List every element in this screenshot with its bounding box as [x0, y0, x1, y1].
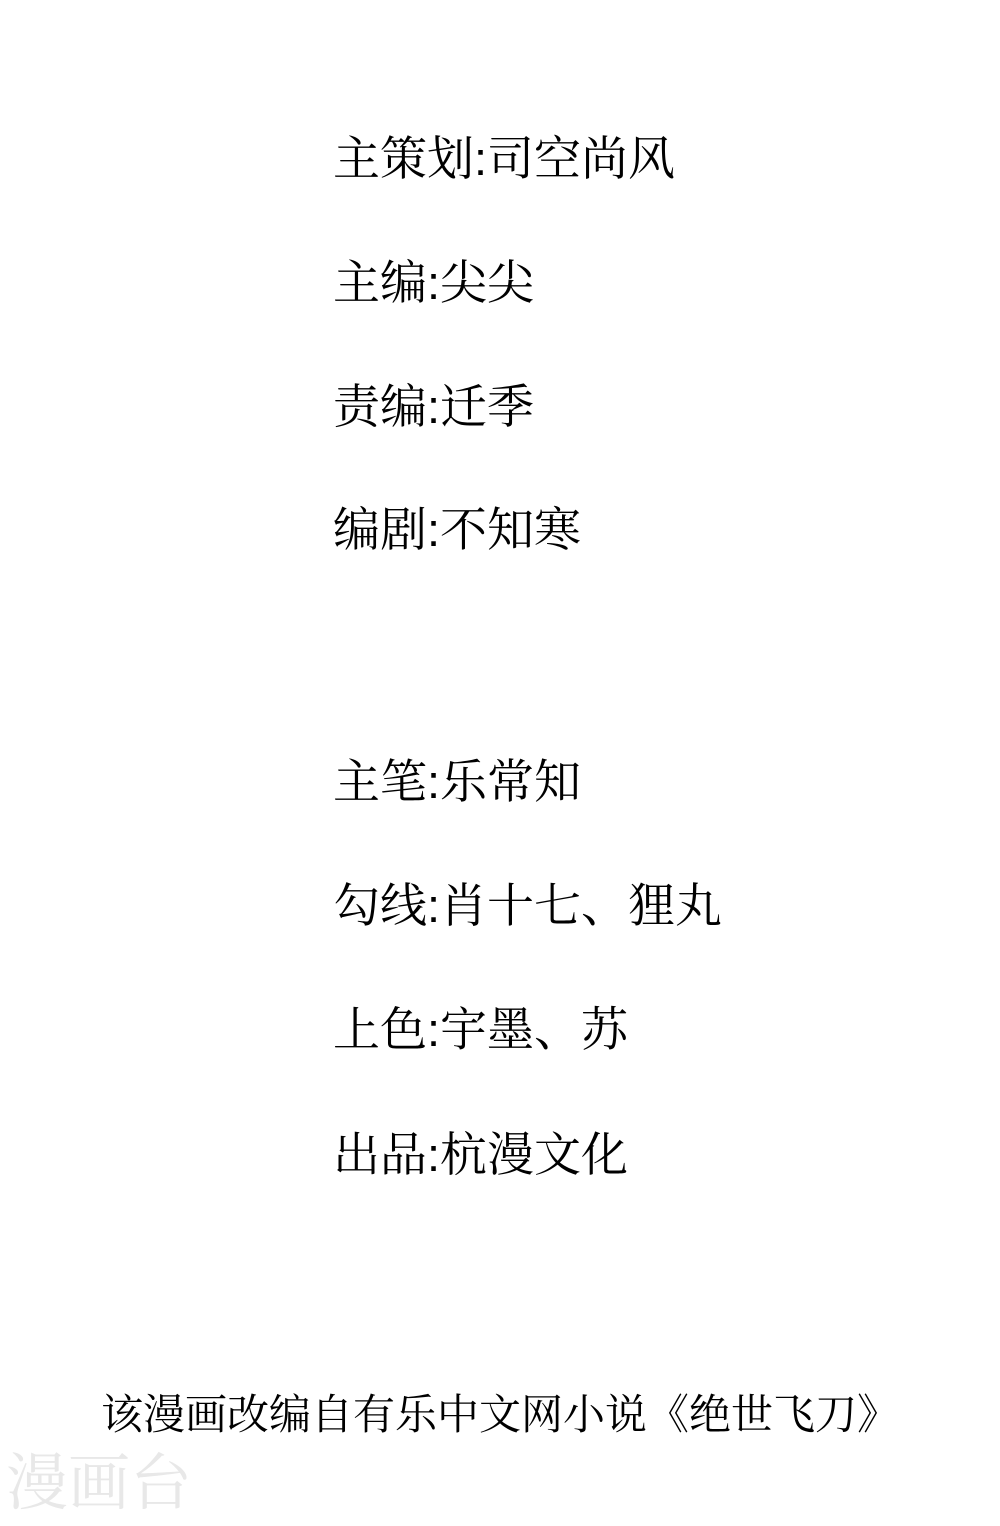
credit-line-producer: 出品:杭漫文化 [333, 1131, 628, 1178]
comic-credits-page: 主策划:司空尚风 主编:尖尖 责编:迁季 编剧:不知寒 主笔:乐常知 勾线:肖十… [0, 0, 1000, 1526]
credit-line-lead-artist: 主笔:乐常知 [333, 758, 581, 805]
credit-line-chief-planner: 主策划:司空尚风 [333, 135, 675, 182]
credit-line-line-art: 勾线:肖十七、狸丸 [333, 882, 722, 929]
adaptation-note: 该漫画改编自有乐中文网小说《绝世飞刀》 [0, 1394, 1000, 1436]
credit-line-coloring: 上色:宇墨、苏 [333, 1006, 628, 1053]
credit-line-managing-editor: 责编:迁季 [333, 383, 534, 430]
credit-line-scriptwriter: 编剧:不知寒 [333, 506, 581, 553]
credit-line-chief-editor: 主编:尖尖 [333, 259, 534, 306]
manhuatai-watermark: 漫画台 [6, 1448, 192, 1519]
